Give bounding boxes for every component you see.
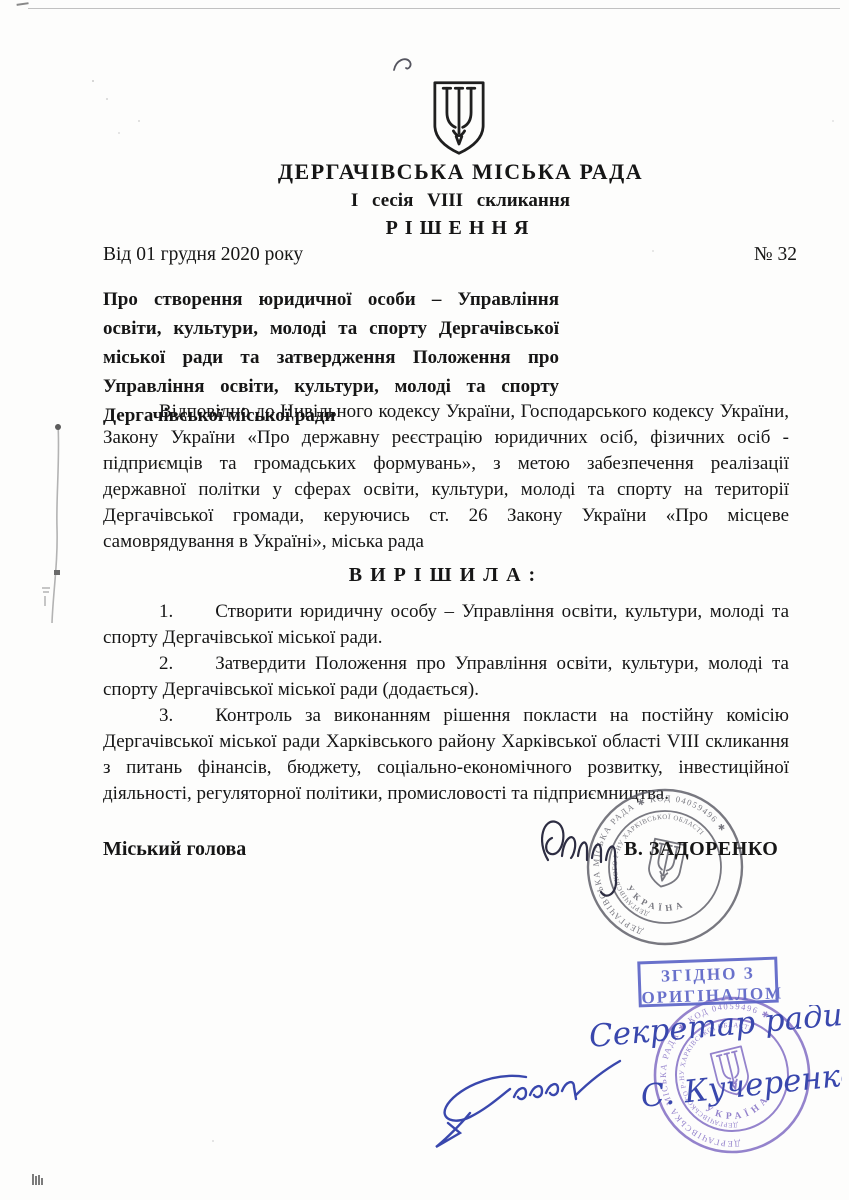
scan-bottom-mark	[30, 1172, 48, 1188]
mayor-position-label: Міський голова	[103, 838, 246, 861]
resolution-item-1: 1.Створити юридичну особу – Управління о…	[103, 599, 789, 651]
resolution-items: 1.Створити юридичну особу – Управління о…	[103, 599, 789, 807]
pen-curl-mark	[390, 54, 416, 78]
item-number: 2.	[159, 653, 173, 674]
secretary-name-handwritten: С. Кучеренко	[639, 1056, 842, 1115]
document-number: № 32	[754, 244, 797, 266]
fold-crease-mark	[42, 418, 68, 628]
secretary-signature-block: Секретар ради С. Кучеренко	[430, 1005, 842, 1155]
council-name: ДЕРГАЧІВСЬКА МІСЬКА РАДА	[72, 159, 849, 185]
item-number: 3.	[159, 705, 173, 726]
meta-row: Від 01 грудня 2020 року № 32	[103, 244, 797, 266]
mayor-name: В. ЗАДОРЕНКО	[624, 838, 778, 861]
document-header: ДЕРГАЧІВСЬКА МІСЬКА РАДА І сесія VIII ск…	[72, 159, 849, 240]
item-text: Затвердити Положення про Управління осві…	[103, 653, 789, 700]
session-line: І сесія VIII скликання	[72, 190, 849, 212]
resolution-item-2: 2.Затвердити Положення про Управління ос…	[103, 651, 789, 703]
ukraine-trident-emblem	[430, 79, 488, 157]
scan-speck	[92, 80, 94, 82]
secretary-role-handwritten: Секретар ради	[588, 1005, 842, 1055]
scan-edge-line	[28, 8, 840, 9]
preamble-paragraph: Відповідно до Цивільного кодексу України…	[103, 399, 789, 555]
scanned-decision-document: ДЕРГАЧІВСЬКА МІСЬКА РАДА І сесія VIII ск…	[0, 0, 849, 1200]
document-type-heading: РІШЕННЯ	[72, 217, 849, 240]
document-date: Від 01 грудня 2020 року	[103, 244, 303, 266]
scan-corner-mark	[17, 2, 30, 12]
resolved-heading: ВИРІШИЛА:	[103, 564, 789, 587]
item-number: 1.	[159, 601, 173, 622]
item-text: Створити юридичну особу – Управління осв…	[103, 601, 789, 648]
certified-copy-stamp: ЗГІДНО З ОРИГІНАЛОМ	[637, 957, 779, 1008]
